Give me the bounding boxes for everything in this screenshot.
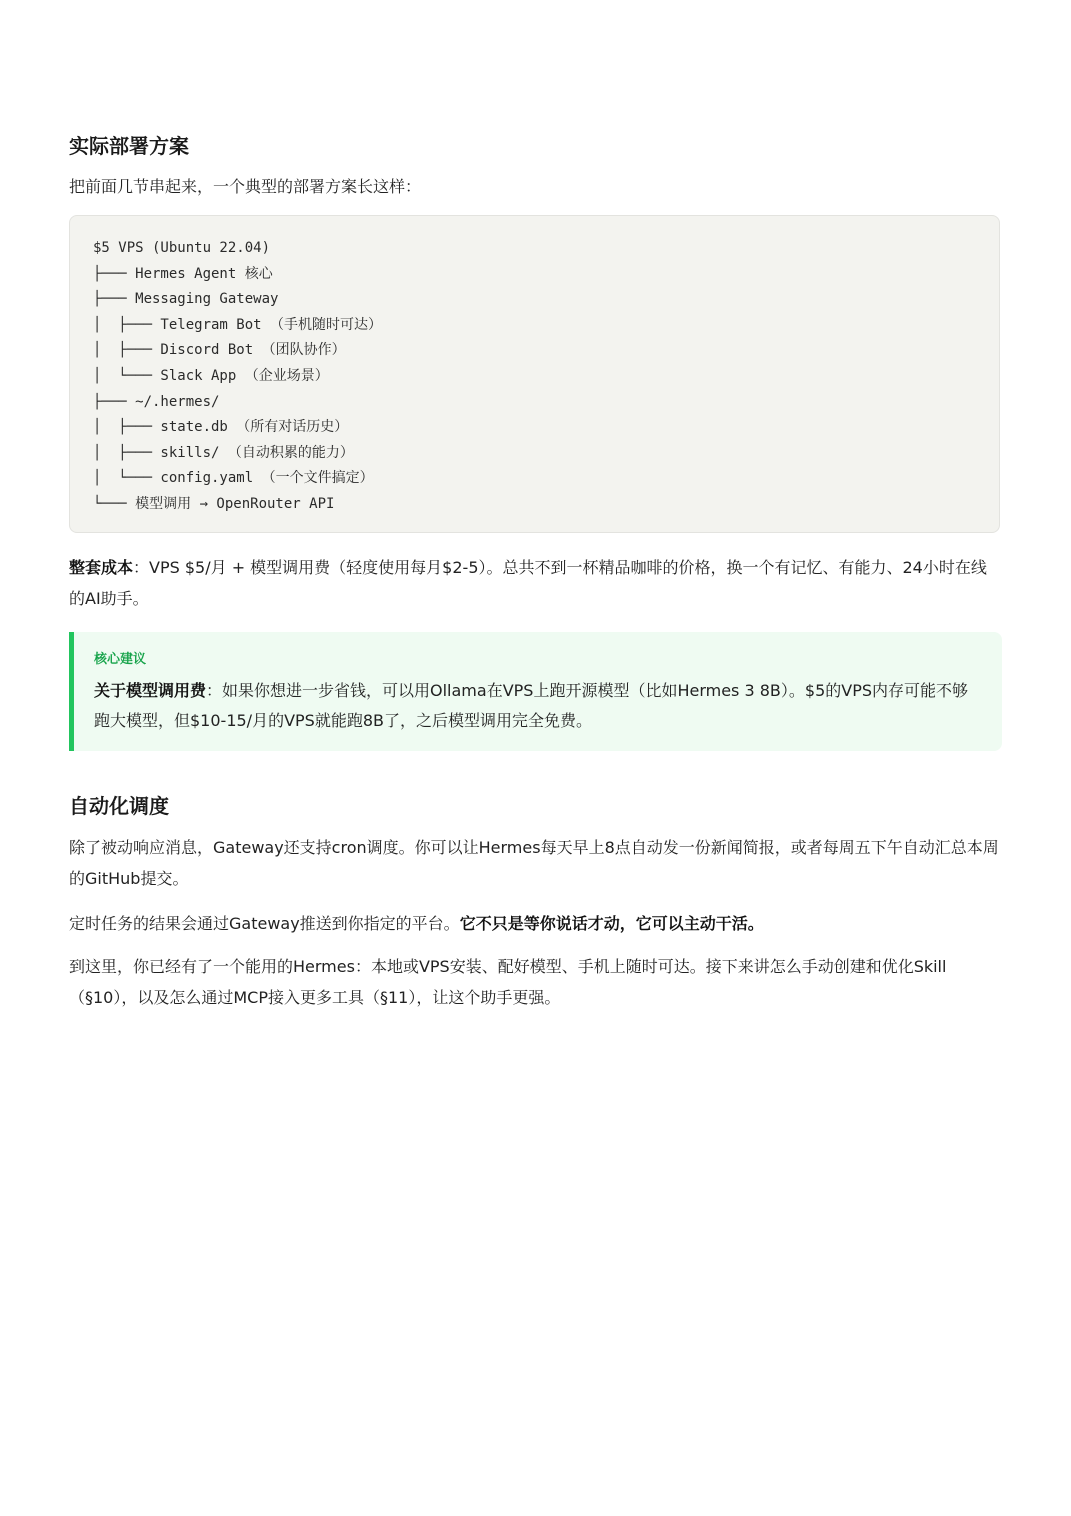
code-line: ├─── Hermes Agent 核心 — [93, 266, 273, 282]
code-line: ├─── ~/.hermes/ — [93, 394, 219, 410]
code-line: │ ├─── state.db （所有对话历史） — [93, 419, 348, 435]
automation-paragraph-1: 除了被动响应消息，Gateway还支持cron调度。你可以让Hermes每天早上… — [69, 832, 1002, 894]
code-line: $5 VPS (Ubuntu 22.04) — [93, 240, 270, 256]
cost-paragraph: 整套成本：VPS $5/月 + 模型调用费（轻度使用每月$2-5）。总共不到一杯… — [69, 552, 1002, 614]
section-heading-deployment: 实际部署方案 — [69, 130, 189, 159]
callout-title: 核心建议 — [94, 650, 982, 670]
cost-label: 整套成本 — [69, 558, 133, 577]
cost-text: ：VPS $5/月 + 模型调用费（轻度使用每月$2-5）。总共不到一杯精品咖啡… — [69, 558, 987, 608]
code-line: │ ├─── skills/ （自动积累的能力） — [93, 445, 354, 461]
code-line: │ ├─── Telegram Bot （手机随时可达） — [93, 317, 382, 333]
callout-bold-label: 关于模型调用费 — [94, 681, 206, 700]
callout-body: 关于模型调用费：如果你想进一步省钱，可以用Ollama在VPS上跑开源模型（比如… — [94, 676, 982, 736]
code-line: │ └─── Slack App （企业场景） — [93, 368, 329, 384]
section-heading-automation: 自动化调度 — [69, 790, 169, 819]
code-line: └─── 模型调用 → OpenRouter API — [93, 496, 334, 512]
code-line: ├─── Messaging Gateway — [93, 291, 278, 307]
code-line: │ ├─── Discord Bot （团队协作） — [93, 342, 346, 358]
code-line: │ └─── config.yaml （一个文件搞定） — [93, 470, 374, 486]
callout-text: ：如果你想进一步省钱，可以用Ollama在VPS上跑开源模型（比如Hermes … — [94, 681, 968, 730]
code-content: $5 VPS (Ubuntu 22.04) ├─── Hermes Agent … — [93, 236, 976, 518]
p2-plain: 定时任务的结果会通过Gateway推送到你指定的平台。 — [69, 914, 460, 933]
deployment-code-block: $5 VPS (Ubuntu 22.04) ├─── Hermes Agent … — [69, 215, 1000, 533]
tip-callout: 核心建议 关于模型调用费：如果你想进一步省钱，可以用Ollama在VPS上跑开源… — [69, 632, 1002, 751]
p2-bold: 它不只是等你说话才动，它可以主动干活。 — [460, 914, 764, 933]
automation-paragraph-2: 定时任务的结果会通过Gateway推送到你指定的平台。它不只是等你说话才动，它可… — [69, 908, 1002, 939]
deployment-intro: 把前面几节串起来，一个典型的部署方案长这样： — [69, 171, 421, 202]
automation-paragraph-3: 到这里，你已经有了一个能用的Hermes：本地或VPS安装、配好模型、手机上随时… — [69, 951, 1002, 1013]
